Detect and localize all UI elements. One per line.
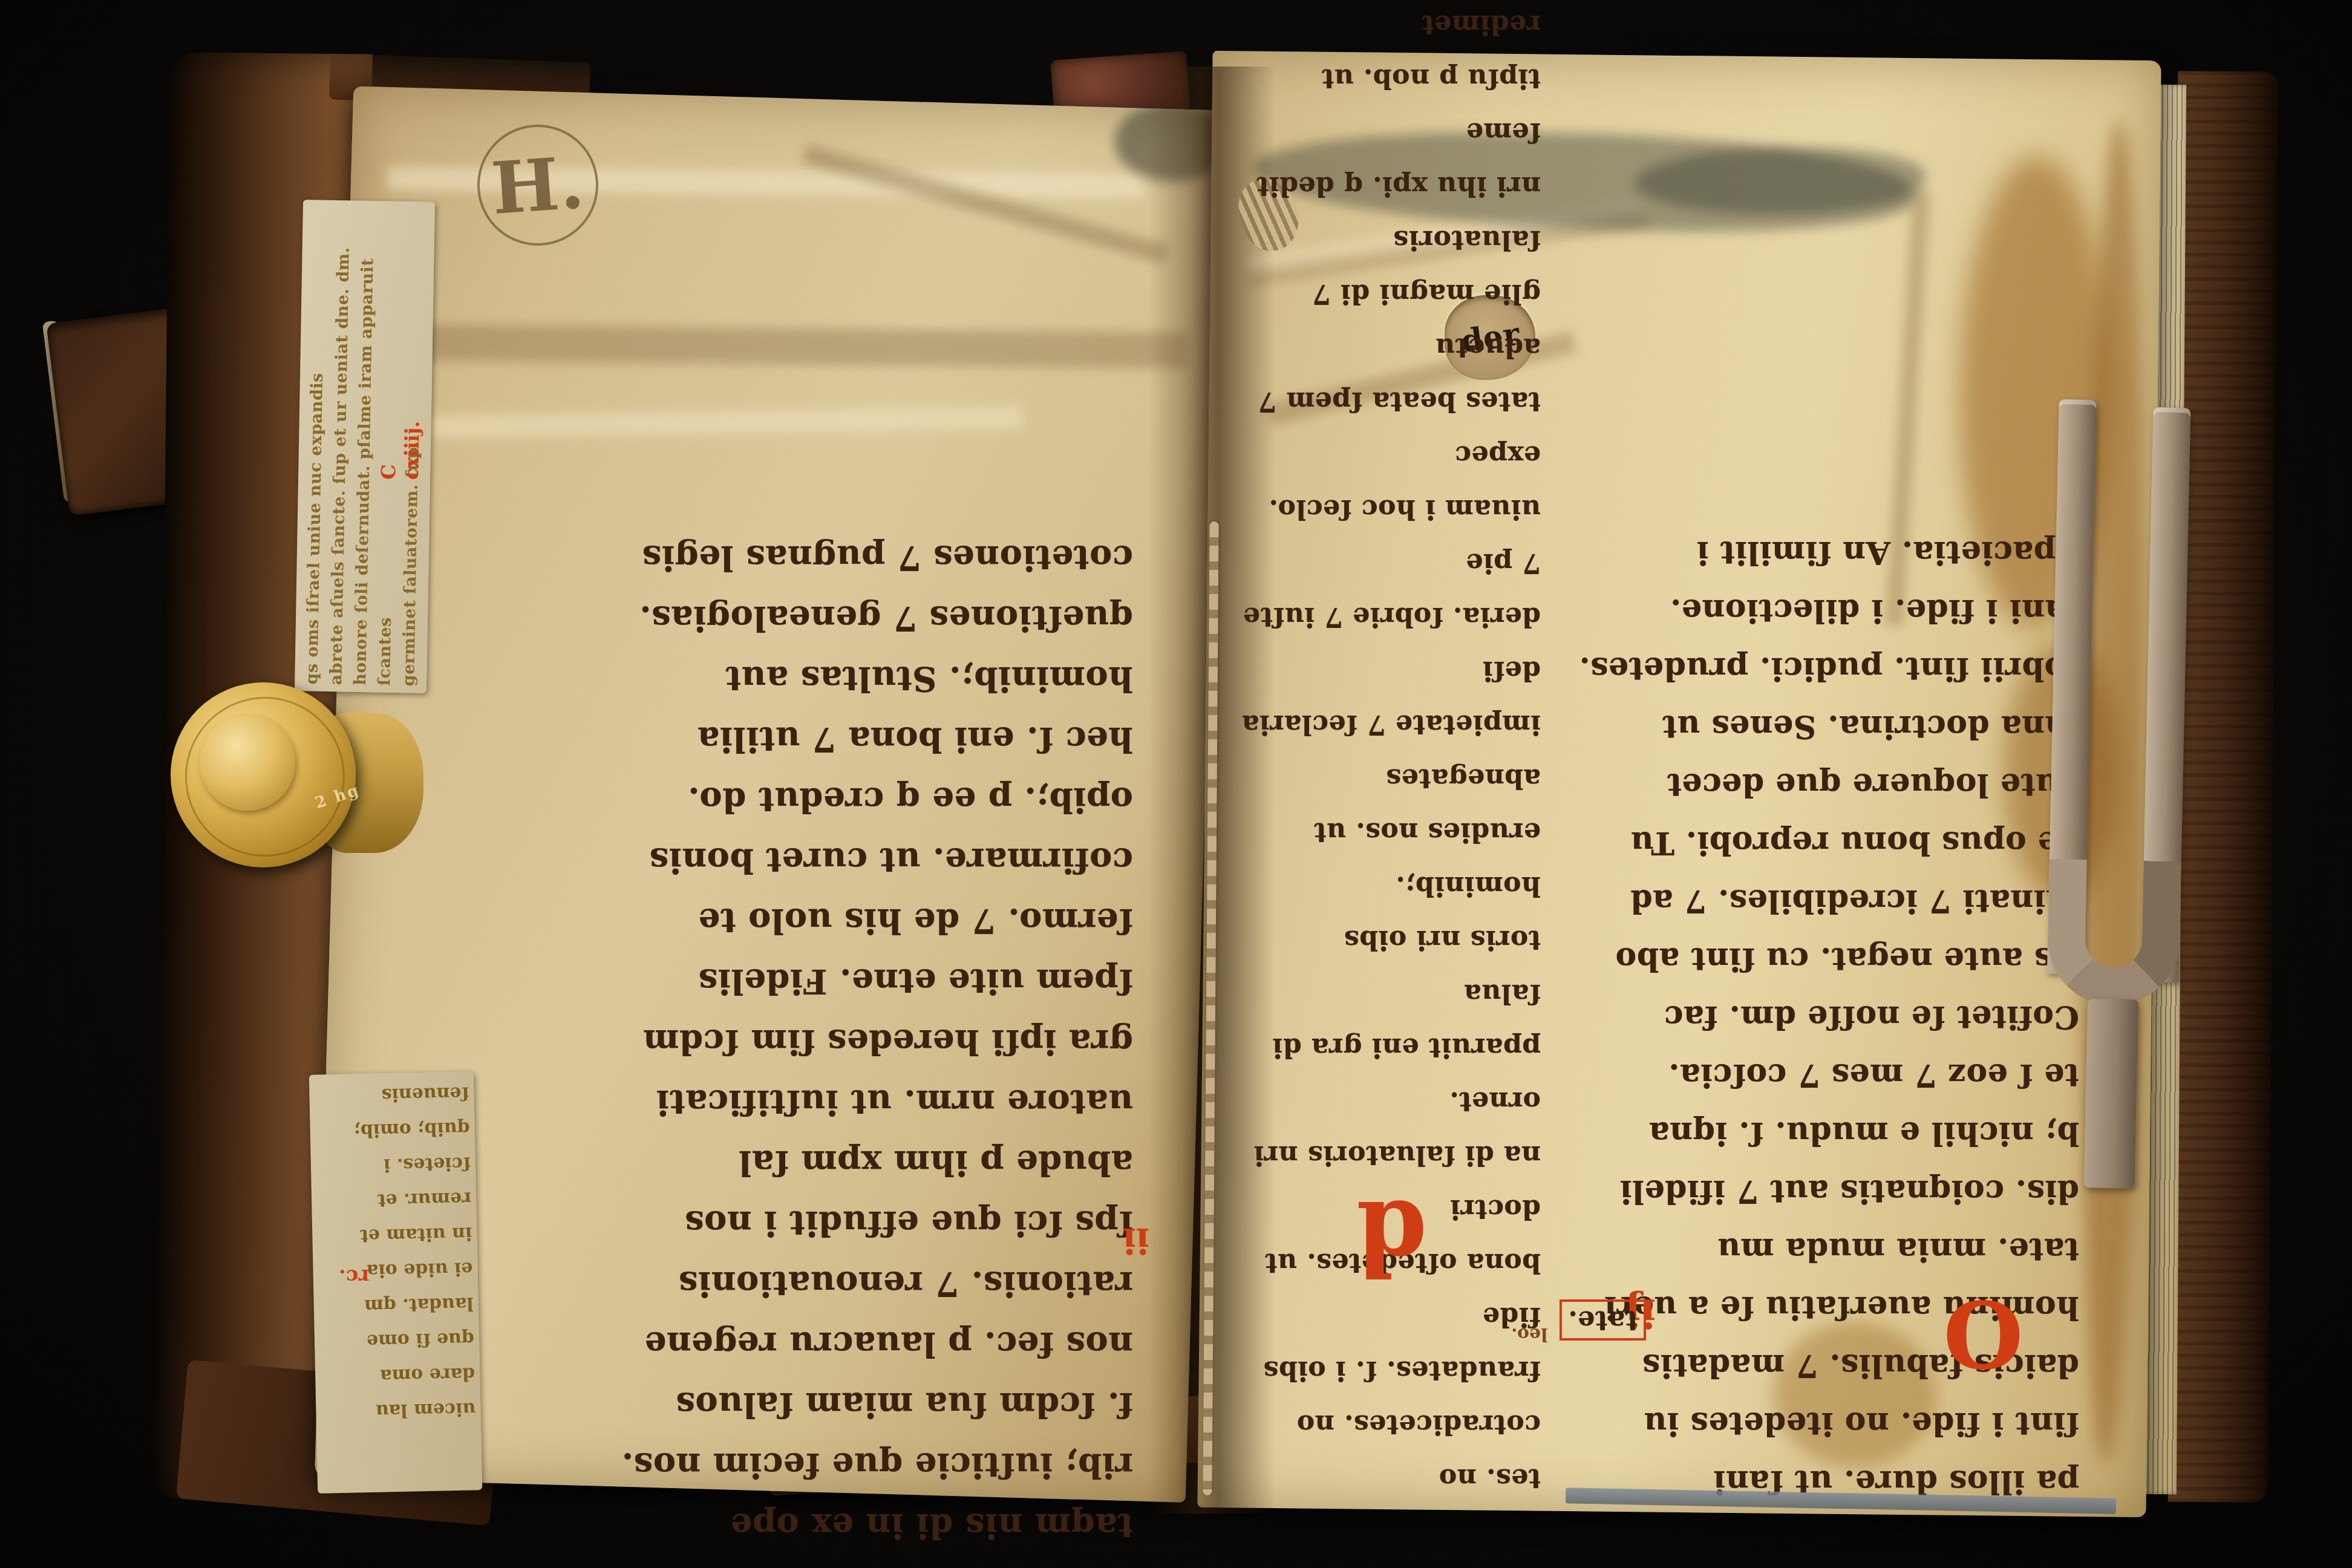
tuning-fork-bend bbox=[2047, 859, 2181, 1007]
tuning-fork bbox=[2035, 399, 2200, 1195]
binding-fragment-strip-top: qs oms iſrael uniue nuc expandis abrete … bbox=[295, 200, 435, 693]
left-page-text-column: taqm nis di in ex ope rib; iuſticie que … bbox=[501, 509, 1133, 1556]
fragment-red-pilcrow: C cxiiij. bbox=[377, 419, 424, 480]
manuscript-photo: qs oms iſrael uniue nuc expandis abrete … bbox=[0, 0, 2352, 1568]
red-initial-o: O bbox=[1943, 1287, 2023, 1379]
marginal-gloss: leo. bbox=[1511, 1324, 1547, 1345]
stamp-letter: H. bbox=[489, 140, 587, 230]
binding-fragment-strip-bottom: uicem lau dare oma que ſi ome laudat. qm… bbox=[309, 1071, 482, 1494]
left-page-crease-light bbox=[429, 407, 1022, 437]
left-page-diagonal-crease bbox=[802, 145, 1169, 264]
red-initial-d: d bbox=[1356, 1187, 1427, 1289]
middle-text-column: tes. no cotradicetes. no fraudates. ſ. i… bbox=[1235, 534, 1541, 1505]
tuning-fork-stem bbox=[2083, 999, 2138, 1189]
red-boxed-catchword: tate. bbox=[1560, 1299, 1646, 1341]
fragment-red-mark: rc. bbox=[339, 1264, 369, 1289]
fragment-bottom-text: uicem lau dare oma que ſi ome laudat. qm… bbox=[314, 1075, 476, 1429]
brass-weight-knob bbox=[200, 715, 295, 811]
left-page-fold-shadow bbox=[370, 324, 1187, 368]
red-margin-numeral-ii: ii bbox=[1123, 1223, 1149, 1258]
